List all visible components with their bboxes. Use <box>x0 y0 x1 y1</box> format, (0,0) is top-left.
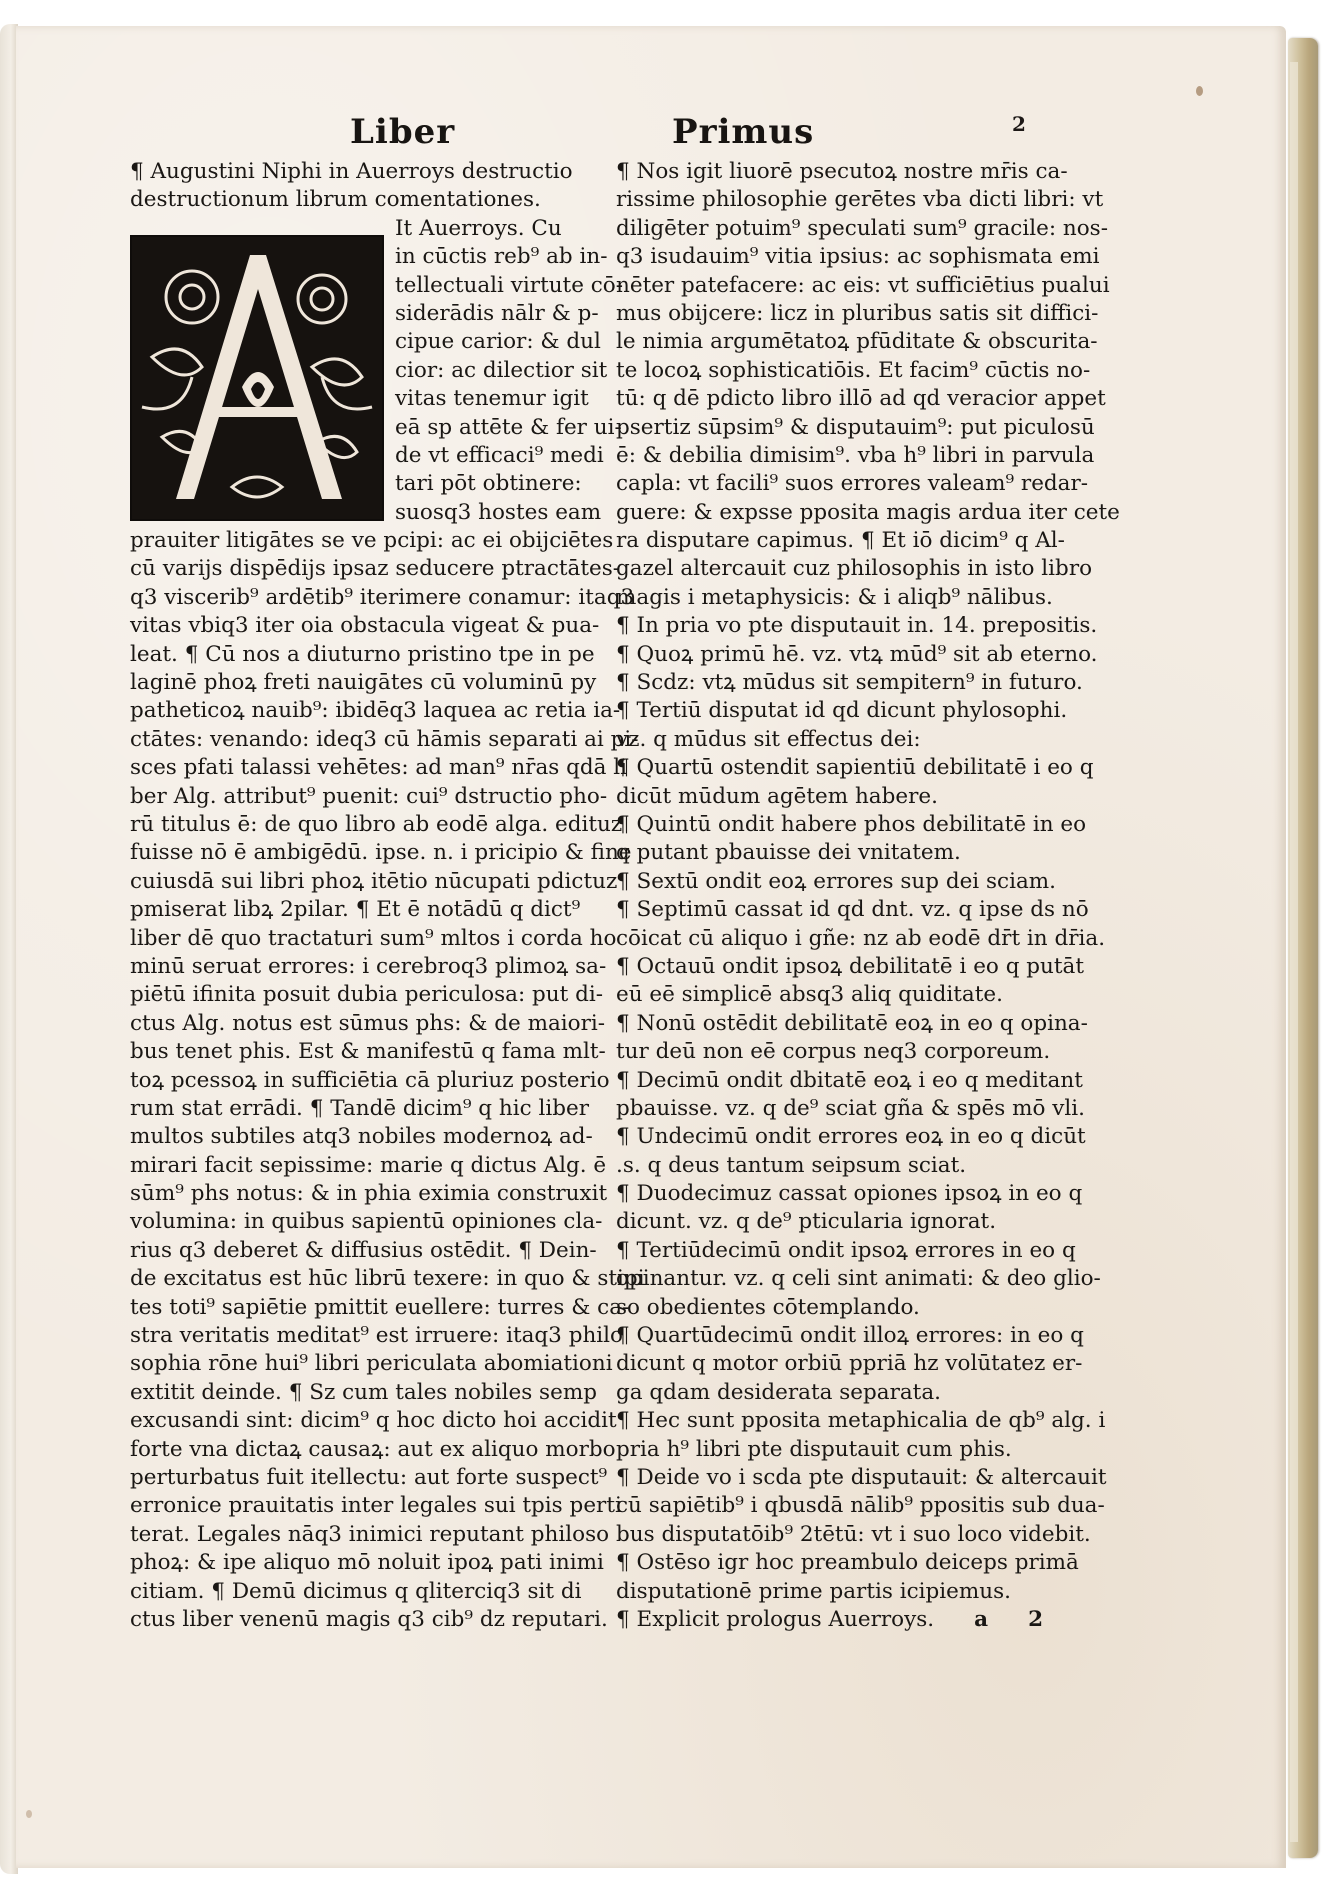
text-line: ¶ Tertiūdecimū ondit ipsoꝝ errores in eo… <box>616 1237 1092 1265</box>
text-line: ber Alg. attribut⁹ puenit: cui⁹ dstructi… <box>130 783 592 811</box>
text-line: ¶ Augustini Niphi in Auerroys destructio <box>130 158 592 186</box>
text-line: cior: ac dilectior sit <box>130 357 592 385</box>
text-line: volumina: in quibus sapientū opiniones c… <box>130 1208 592 1236</box>
text-line: ¶ In pria vo pte disputauit in. 14. prep… <box>616 612 1092 640</box>
text-line: tellectuali virtute cō- <box>130 272 592 300</box>
explicit-line: ¶ Explicit prologus Auerroys.a2 <box>616 1606 1092 1634</box>
text-line: ¶ Hec sunt pposita metaphicalia de qb⁹ a… <box>616 1407 1092 1435</box>
text-line: tū: q dē pdicto libro illō ad qd veracio… <box>616 385 1092 413</box>
text-line: rissime philosophie gerētes vba dicti li… <box>616 186 1092 214</box>
text-line: ¶ Duodecimuz cassat opiones ipsoꝝ in eo … <box>616 1180 1092 1208</box>
text-line: ctus liber venenū magis q3 cib⁹ dz reput… <box>130 1606 592 1634</box>
text-line: piētū ifinita posuit dubia periculosa: p… <box>130 981 592 1009</box>
text-line: ¶ Nonū ostēdit debilitatē eoꝝ in eo q op… <box>616 1010 1092 1038</box>
text-line: disputationē prime partis icipiemus. <box>616 1578 1092 1606</box>
text-line: de excitatus est hūc librū texere: in qu… <box>130 1265 592 1293</box>
text-line: pbauisse. vz. q de⁹ sciat gña & spēs mō … <box>616 1095 1092 1123</box>
text-line: tari pōt obtinere: <box>130 470 592 498</box>
binding-highlight <box>1290 62 1298 1842</box>
text-line: cōicat cū aliquo i gñe: nz ab eodē dr̄t … <box>616 925 1092 953</box>
text-line: suosq3 hostes eam <box>130 499 592 527</box>
text-line: ctus Alg. notus est sūmus phs: & de maio… <box>130 1010 592 1038</box>
text-line: tes toti⁹ sapiētie pmittit euellere: tur… <box>130 1294 592 1322</box>
text-line: patheticoꝝ nauib⁹: ibidēq3 laquea ac ret… <box>130 697 592 725</box>
text-line: opinantur. vz. q celi sint animati: & de… <box>616 1265 1092 1293</box>
text-line: pria h⁹ libri pte disputauit cum phis. <box>616 1436 1092 1464</box>
text-line: minū seruat errores: i cerebroq3 plimoꝝ … <box>130 953 592 981</box>
text-line: ra disputare capimus. ¶ Et iō dicim⁹ q A… <box>616 527 1092 555</box>
folio-number: 2 <box>1012 112 1026 136</box>
text-line: ctātes: venando: ideq3 cū hāmis separati… <box>130 726 592 754</box>
left-text-column: ¶ Augustini Niphi in Auerroys destructio… <box>130 158 592 1634</box>
text-line: in cūctis reb⁹ ab in- <box>130 243 592 271</box>
text-line: sces pfati talassi vehētes: ad man⁹ nr̄a… <box>130 754 592 782</box>
text-line: bus disputatōib⁹ 2tētū: vt i suo loco vi… <box>616 1521 1092 1549</box>
running-head-left: Liber <box>350 112 455 152</box>
text-line: liber dē quo tractaturi sum⁹ mltos i cor… <box>130 925 592 953</box>
text-line: magis i metaphysicis: & i aliqb⁹ nālibus… <box>616 584 1092 612</box>
text-line: mirari facit sepissime: marie q dictus A… <box>130 1152 592 1180</box>
text-line: rius q3 deberet & diffusius ostēdit. ¶ D… <box>130 1237 592 1265</box>
text-line: tur deū non eē corpus neq3 corporeum. <box>616 1038 1092 1066</box>
right-text-column: ¶ Nos igit liuorē psecutoꝝ nostre mr̄is … <box>616 158 1092 1634</box>
text-line: ¶ Nos igit liuorē psecutoꝝ nostre mr̄is … <box>616 158 1092 186</box>
text-line: cū varijs dispēdijs ipsaz seducere ptrac… <box>130 555 592 583</box>
text-line: ¶ Quoꝝ primū hē. vz. vtꝝ mūd⁹ sit ab ete… <box>616 641 1092 669</box>
text-line: perturbatus fuit itellectu: aut forte su… <box>130 1464 592 1492</box>
text-line: q putant pbauisse dei vnitatem. <box>616 839 1092 867</box>
text-line: dicunt. vz. q de⁹ pticularia ignorat. <box>616 1208 1092 1236</box>
text-line: leat. ¶ Cū nos a diuturno pristino tpe i… <box>130 641 592 669</box>
text-line: ¶ Septimū cassat id qd dnt. vz. q ipse d… <box>616 896 1092 924</box>
text-line: cū sapiētib⁹ i qbusdā nālib⁹ ppositis su… <box>616 1492 1092 1520</box>
text-line: cuiusdā sui libri phoꝝ itētio nūcupati p… <box>130 868 592 896</box>
text-line: laginē phoꝝ freti nauigātes cū voluminū … <box>130 669 592 697</box>
text-line: eā sp attēte & fer ui- <box>130 414 592 442</box>
text-line: guere: & expsse pposita magis ardua iter… <box>616 499 1092 527</box>
text-line: q3 viscerib⁹ ardētib⁹ iterimere conamur:… <box>130 584 592 612</box>
foxing-spot <box>1196 86 1203 96</box>
text-line: rū titulus ē: de quo libro ab eodē alga.… <box>130 811 592 839</box>
text-line: nēter patefacere: ac eis: vt sufficiētiu… <box>616 272 1092 300</box>
text-line: toꝝ pcessoꝝ in sufficiētia cā pluriuz po… <box>130 1067 592 1095</box>
text-line: erronice prauitatis inter legales sui tp… <box>130 1492 592 1520</box>
text-line: ¶ Scdz: vtꝝ mūdus sit sempitern⁹ in futu… <box>616 669 1092 697</box>
text-line: vitas vbiq3 iter oia obstacula vigeat & … <box>130 612 592 640</box>
text-line: dicūt mūdum agētem habere. <box>616 783 1092 811</box>
text-line: dicunt q motor orbiū ppriā hz volūtatez … <box>616 1350 1092 1378</box>
text-line: sūm⁹ phs notus: & in phia eximia constru… <box>130 1180 592 1208</box>
text-line: ¶ Sextū ondit eoꝝ errores sup dei sciam. <box>616 868 1092 896</box>
text-line: ¶ Quartūdecimū ondit illoꝝ errores: in e… <box>616 1322 1092 1350</box>
text-line: ē: & debilia dimisim⁹. vba h⁹ libri in p… <box>616 442 1092 470</box>
text-line: phoꝝ: & ipe aliquo mō noluit ipoꝝ pati i… <box>130 1549 592 1577</box>
text-line: ¶ Deide vo i scda pte disputauit: & alte… <box>616 1464 1092 1492</box>
text-line: q3 isudauim⁹ vitia ipsius: ac sophismata… <box>616 243 1092 271</box>
text-line: so obedientes cōtemplando. <box>616 1294 1092 1322</box>
text-line: multos subtiles atq3 nobiles modernoꝝ ad… <box>130 1123 592 1151</box>
text-line: It Auerroys. Cu <box>130 215 592 243</box>
text-line: capla: vt facili⁹ suos errores valeam⁹ r… <box>616 470 1092 498</box>
text-line: psertiz sūpsim⁹ & disputauim⁹: put picul… <box>616 414 1092 442</box>
text-line: mus obijcere: licz in pluribus satis sit… <box>616 300 1092 328</box>
text-line: siderādis nālr & p- <box>130 300 592 328</box>
text-line: rum stat errādi. ¶ Tandē dicim⁹ q hic li… <box>130 1095 592 1123</box>
text-line: ¶ Quintū ondit habere phos debilitatē in… <box>616 811 1092 839</box>
text-line: vitas tenemur igit <box>130 385 592 413</box>
text-line: ¶ Quartū ostendit sapientiū debilitatē i… <box>616 754 1092 782</box>
text-line: gazel altercauit cuz philosophis in isto… <box>616 555 1092 583</box>
text-line: sophia rōne hui⁹ libri periculata abomia… <box>130 1350 592 1378</box>
text-line: stra veritatis meditat⁹ est irruere: ita… <box>130 1322 592 1350</box>
text-line: ¶ Octauū ondit ipsoꝝ debilitatē i eo q p… <box>616 953 1092 981</box>
text-line: fuisse nō ē ambigēdū. ipse. n. i pricipi… <box>130 839 592 867</box>
text-line: ga qdam desiderata separata. <box>616 1379 1092 1407</box>
text-line: .s. q deus tantum seipsum sciat. <box>616 1152 1092 1180</box>
text-line: cipue carior: & dul <box>130 328 592 356</box>
text-line: pmiserat libꝝ 2pilar. ¶ Et ē notādū q di… <box>130 896 592 924</box>
text-line: excusandi sint: dicim⁹ q hoc dicto hoi a… <box>130 1407 592 1435</box>
text-line: destructionum librum comentationes. <box>130 186 592 214</box>
text-line: diligēter potuim⁹ speculati sum⁹ gracile… <box>616 215 1092 243</box>
text-line: de vt efficaci⁹ medi <box>130 442 592 470</box>
text-line: ¶ Undecimū ondit errores eoꝝ in eo q dic… <box>616 1123 1092 1151</box>
text-line: ¶ Ostēso igr hoc preambulo deiceps primā <box>616 1549 1092 1577</box>
text-line: bus tenet phis. Est & manifestū q fama m… <box>130 1038 592 1066</box>
text-line: terat. Legales nāq3 inimici reputant phi… <box>130 1521 592 1549</box>
foxing-spot <box>26 1810 32 1818</box>
text-line: extitit deinde. ¶ Sz cum tales nobiles s… <box>130 1379 592 1407</box>
text-line: prauiter litigātes se ve pcipi: ac ei ob… <box>130 527 592 555</box>
text-line: le nimia argumētatoꝝ pfūditate & obscuri… <box>616 328 1092 356</box>
signature-number: 2 <box>1028 1606 1043 1634</box>
text-line: eū eē simplicē absq3 aliq quiditate. <box>616 981 1092 1009</box>
text-line: ¶ Tertiū disputat id qd dicunt phylosoph… <box>616 697 1092 725</box>
text-line: te locoꝝ sophisticatiōis. Et facim⁹ cūct… <box>616 357 1092 385</box>
text-line: citiam. ¶ Demū dicimus q qliterciq3 sit … <box>130 1578 592 1606</box>
text-line: forte vna dictaꝝ causaꝝ: aut ex aliquo m… <box>130 1436 592 1464</box>
text-line: vz. q mūdus sit effectus dei: <box>616 726 1092 754</box>
explicit-text: ¶ Explicit prologus Auerroys. <box>616 1607 934 1632</box>
signature-mark: a <box>974 1606 988 1634</box>
running-head-right: Primus <box>672 112 814 152</box>
text-line: ¶ Decimū ondit dbitatē eoꝝ i eo q medita… <box>616 1067 1092 1095</box>
